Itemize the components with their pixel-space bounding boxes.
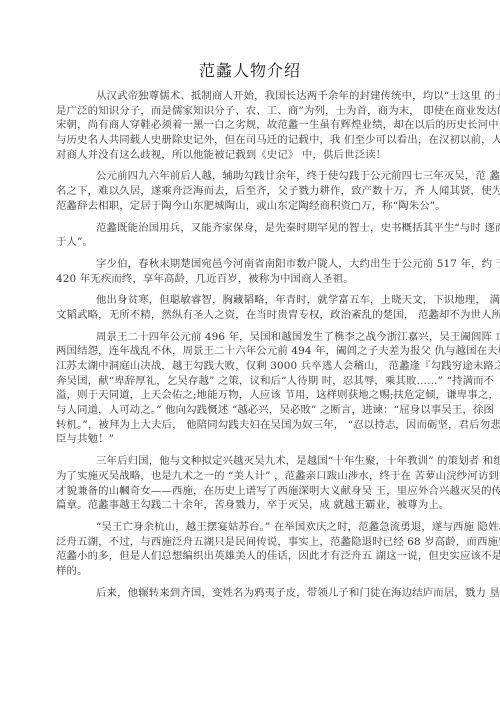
text-line: 范蠡辞去相职，定居于陶今山东肥城陶山，或山东定陶经商积资▢万，称“陶朱公”。 [56,199,448,214]
text-line: 420 年无疾而终，享年高龄，几近百岁，被称为中国商人圣祖。 [56,272,448,287]
text-line: 字少伯，春秋末期楚国宛邑今河南省南阳市数户陇人，大约出生于公元前 517 年，约… [56,257,448,272]
paragraph-origin: 字少伯，春秋末期楚国宛邑今河南省南阳市数户陇人，大约出生于公元前 517 年，约… [56,257,448,286]
paragraph-later-life: 后来，他辗转来到齐国，变姓名为鸦夷子皮，带领儿子和门徒在海边结庐而居，戮力 垦荒… [56,586,448,601]
text-line: 宋朝，尚有商人穿鞋必须着一黑一白之劣规，故范蠡一生虽有辉煌业绩，却在以后的历史长… [56,118,448,133]
text-line: 臣与共勉！” [56,432,448,447]
text-line: 两国结怨，连年战乱不休，周景王二十六年公元前 494 年，阖闾之子夫差为报父 仇… [56,344,448,359]
text-line: 文韬武略，无所不精，然纵有圣人之资，在当时贵胄专权，政治紊乱的楚国， 范蠡却不为… [56,308,448,323]
text-line: 与人同道，人可动之。” 他向勾践慨述 “越必兴，吴必敗” 之断言，进谏：“屈身以… [56,403,448,418]
text-line: 江苏太湖中洞庭山决战，越王勾践大败，仅剩 3000 兵卒逃人会稽山， 范蠡逢『勾… [56,359,448,374]
text-line: 周景王二十四年公元前 496 年，吴国和越国发生了槜李之战今浙江嘉兴，吴王阖闾阵… [56,330,448,345]
text-line: 范蠡既能治国用兵，又能齐家保身，是先秦时期罕见的智士，史书概括其平生“与时 逐而… [56,221,448,236]
document-page: 范蠡人物介绍 从汉武帝独尊儒术、抵制商人开始，我国长达两千余年的封建传统中，均以… [0,0,500,707]
paragraph-intro: 从汉武帝独尊儒术、抵制商人开始，我国长达两千余年的封建传统中，均以“士这里 的士… [56,89,448,162]
text-line: 他出身贫寒，但聪敏睿智，胸藏韬略，年青时，就学富五车，上晓天文，下识地理， 满腹… [56,293,448,308]
text-line: 转机。”，被拜为上大夫后， 他陪同勾践夫妇在吴国为奴三年， “忍以持志，因而砺坚… [56,418,448,433]
paragraph-youth: 他出身贫寒，但聪敏睿智，胸藏韬略，年青时，就学富五车，上晓天文，下识地理， 满腹… [56,293,448,322]
text-line: “吴王亡身余杭山，越王摆宴姑苏台。” 在举国欢庆之时，范蠡急流勇退，遂与西施 隐… [56,520,448,535]
text-line: 篇章。范蠡事越王勾践二十余年，苦身戮力，卒于灭吴，成 就越王霸业，被尊为上。 [56,498,448,513]
text-line: 后来，他辗转来到齐国，变姓名为鸦夷子皮，带领儿子和门徒在海边结庐而居，戮力 垦荒… [56,586,448,601]
paragraph-retirement: “吴王亡身余杭山，越王摆宴姑苏台。” 在举国欢庆之时，范蠡急流勇退，遂与西施 隐… [56,520,448,579]
text-line: 公元前四九六年前后人越，辅助勾践廿余年，终于使勾践于公元前四七三年灭吴，范 蠡以… [56,169,448,184]
text-line: 三年后归国，他与文种拟定兴越灭吴九术，是越国“十年生聚，十年教训” 的策划者 和… [56,454,448,469]
text-line: 泛舟五湖，不过，与西施泛舟五湖只是民间传说，事实上，范蠡隐退时已经 68 岁高龄… [56,535,448,550]
document-title: 范蠡人物介绍 [0,61,500,81]
text-line: 从汉武帝独尊儒术、抵制商人开始，我国长达两千余年的封建传统中，均以“士这里 的士… [56,89,448,104]
text-line: 与历史名人共同载人史册除史记外，但在司马迁的记载中，我 们至少可以看出，在汉初以… [56,133,448,148]
text-line: 对商人并没有这么歧视，所以他能被记载到《史记》 中，供后世泛读！ [56,148,448,163]
text-line: 范蠡小的多，但是人们总想编织出英雄美人的佳话，因此才有泛舟五 湖这一说，但史实应… [56,549,448,564]
paragraph-career: 公元前四九六年前后人越，辅助勾践廿余年，终于使勾践于公元前四七三年灭吴，范 蠡以… [56,169,448,213]
text-line: 溢，则于天同道，上天会佑之;地能万物，人应该 节用，这样则获地之赐;扶危定倾，谦… [56,388,448,403]
paragraph-summary: 范蠡既能治国用兵，又能齐家保身，是先秦时期罕见的智士，史书概括其平生“与时 逐而… [56,221,448,250]
paragraph-war: 周景王二十四年公元前 496 年，吴国和越国发生了槜李之战今浙江嘉兴，吴王阖闾阵… [56,330,448,448]
text-line: 名之下，难以久居，遂乘舟泛海而去，后至齐，父子戮力耕作，致产数十万，齐 人闻其贤… [56,184,448,199]
text-line: 为了实施灭吴战略，也是九术之一的 “美人计” ，范蠡亲口跋山涉水，终于在 苦萝山… [56,469,448,484]
text-line: 才貌兼备的山幗奇女——西施，在历史上谱写了西施深明大义献身吴 王，里应外合兴越灭… [56,484,448,499]
paragraph-revival: 三年后归国，他与文种拟定兴越灭吴九术，是越国“十年生聚，十年教训” 的策划者 和… [56,454,448,513]
text-line: 是广泛的知识分子，而是儒家知识分子、农、工、商”为列，士为首，商为末， 即使在商… [56,104,448,119]
text-line: 奔吴国，献“卑辞厚礼，乞吴存越” 之策，议和后“人待期 时，忍其辱，乘其敗……”… [56,374,448,389]
text-line: 于人”。 [56,235,448,250]
document-body: 从汉武帝独尊儒术、抵制商人开始，我国长达两千余年的封建传统中，均以“士这里 的士… [56,89,448,607]
text-line: 样的。 [56,564,448,579]
